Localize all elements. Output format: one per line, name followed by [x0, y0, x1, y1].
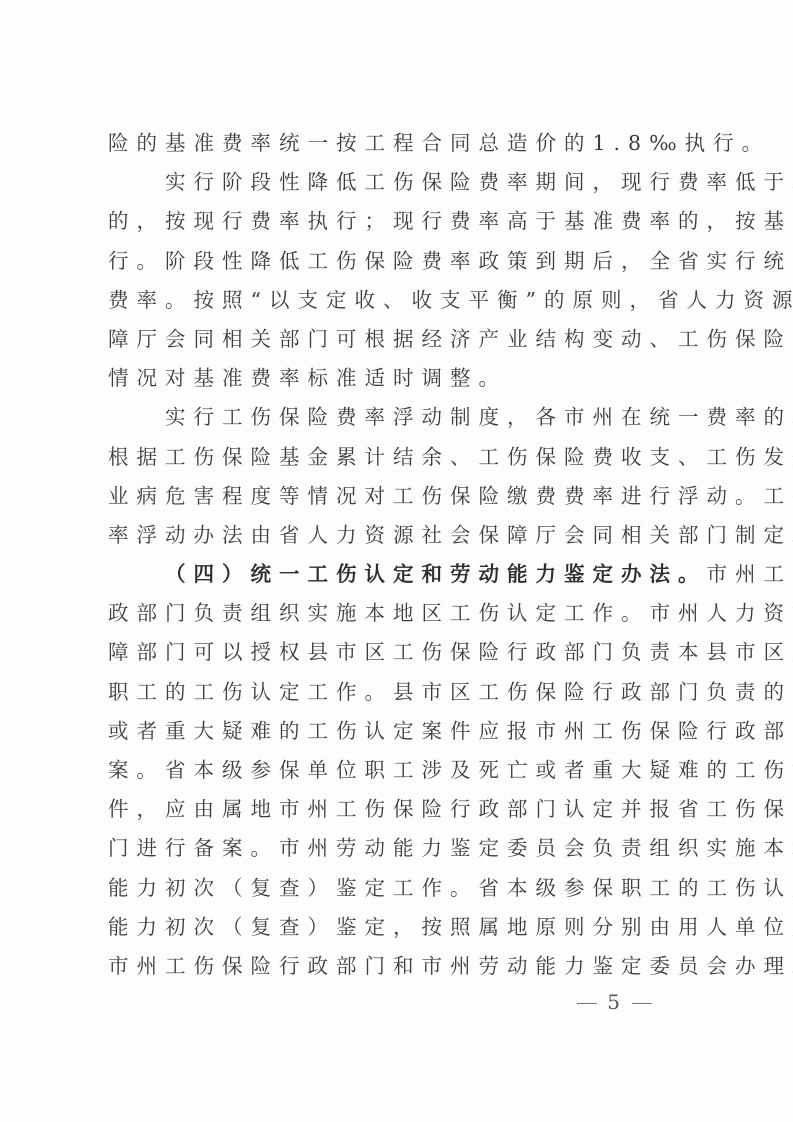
- paragraph-start-line: 实行工伤保险费率浮动制度，各市州在统一费率的基础上可: [108, 398, 688, 437]
- text-line: 政部门负责组织实施本地区工伤认定工作。市州人力资源社会保: [108, 594, 688, 633]
- line-text: 市州工伤保险行: [707, 562, 793, 586]
- line-text: 实行阶段性降低工伤保险费率期间，现行费率低于基准费率: [165, 170, 793, 194]
- line-text: 障部门可以授权县市区工伤保险行政部门负责本县市区用人单位: [108, 640, 793, 664]
- page-number-dash-right: [632, 1003, 652, 1005]
- line-text: 业病危害程度等情况对工伤保险缴费费率进行浮动。工伤保险费: [108, 484, 793, 508]
- page-number-value: 5: [607, 990, 622, 1014]
- text-line: 障部门可以授权县市区工伤保险行政部门负责本县市区用人单位: [108, 633, 688, 672]
- page-number-dash-left: [577, 1003, 597, 1005]
- text-line: 件，应由属地市州工伤保险行政部门认定并报省工伤保险行政部: [108, 790, 688, 829]
- page-number: 5: [0, 990, 662, 1014]
- section-heading: （四）统一工伤认定和劳动能力鉴定办法。: [165, 562, 707, 586]
- line-text: 率浮动办法由省人力资源社会保障厅会同相关部门制定。: [108, 523, 793, 547]
- text-line: 门进行备案。市州劳动能力鉴定委员会负责组织实施本地区劳动: [108, 829, 688, 868]
- line-text: 能力初次（复查）鉴定工作。省本级参保职工的工伤认定和劳动: [108, 876, 793, 900]
- line-text: 障厅会同相关部门可根据经济产业结构变动、工伤保险费使用等: [108, 327, 793, 351]
- text-line: 或者重大疑难的工伤认定案件应报市州工伤保险行政部门进行备: [108, 712, 688, 751]
- text-line: 职工的工伤认定工作。县市区工伤保险行政部门负责的涉及死亡: [108, 673, 688, 712]
- text-line: 险的基准费率统一按工程合同总造价的1.8‰执行。: [108, 124, 688, 163]
- document-page: 险的基准费率统一按工程合同总造价的1.8‰执行。 实行阶段性降低工伤保险费率期间…: [0, 0, 793, 1122]
- line-text: 案。省本级参保单位职工涉及死亡或者重大疑难的工伤认定案: [108, 758, 793, 782]
- line-text: 行。阶段性降低工伤保险费率政策到期后，全省实行统一的基准: [108, 249, 793, 273]
- line-text: 市州工伤保险行政部门和市州劳动能力鉴定委员会办理。省劳动: [108, 954, 793, 978]
- line-text: 险的基准费率统一按工程合同总造价的1.8‰执行。: [108, 131, 770, 155]
- document-body: 险的基准费率统一按工程合同总造价的1.8‰执行。 实行阶段性降低工伤保险费率期间…: [108, 124, 688, 986]
- line-text: 实行工伤保险费率浮动制度，各市州在统一费率的基础上可: [165, 405, 793, 429]
- text-line: 业病危害程度等情况对工伤保险缴费费率进行浮动。工伤保险费: [108, 477, 688, 516]
- line-text: 政部门负责组织实施本地区工伤认定工作。市州人力资源社会保: [108, 601, 793, 625]
- text-line: 案。省本级参保单位职工涉及死亡或者重大疑难的工伤认定案: [108, 751, 688, 790]
- text-line: 费率。按照“以支定收、收支平衡”的原则，省人力资源社会保: [108, 281, 688, 320]
- text-line: 障厅会同相关部门可根据经济产业结构变动、工伤保险费使用等: [108, 320, 688, 359]
- line-text: 门进行备案。市州劳动能力鉴定委员会负责组织实施本地区劳动: [108, 836, 793, 860]
- text-line: 能力初次（复查）鉴定工作。省本级参保职工的工伤认定和劳动: [108, 869, 688, 908]
- line-text: 职工的工伤认定工作。县市区工伤保险行政部门负责的涉及死亡: [108, 680, 793, 704]
- paragraph-start-line: 实行阶段性降低工伤保险费率期间，现行费率低于基准费率: [108, 163, 688, 202]
- text-line: 行。阶段性降低工伤保险费率政策到期后，全省实行统一的基准: [108, 242, 688, 281]
- line-text: 或者重大疑难的工伤认定案件应报市州工伤保险行政部门进行备: [108, 719, 793, 743]
- line-text: 件，应由属地市州工伤保险行政部门认定并报省工伤保险行政部: [108, 797, 793, 821]
- text-line: 根据工伤保险基金累计结余、工伤保险费收支、工伤发生率、职: [108, 438, 688, 477]
- line-text: 根据工伤保险基金累计结余、工伤保险费收支、工伤发生率、职: [108, 445, 793, 469]
- text-line: 率浮动办法由省人力资源社会保障厅会同相关部门制定。: [108, 516, 688, 555]
- text-line: 情况对基准费率标准适时调整。: [108, 359, 688, 398]
- text-line: 市州工伤保险行政部门和市州劳动能力鉴定委员会办理。省劳动: [108, 947, 688, 986]
- line-text: 能力初次（复查）鉴定，按照属地原则分别由用人单位所在地的: [108, 915, 793, 939]
- line-text: 情况对基准费率标准适时调整。: [108, 366, 507, 390]
- section-heading-line: （四）统一工伤认定和劳动能力鉴定办法。市州工伤保险行: [108, 555, 688, 594]
- line-text: 的，按现行费率执行；现行费率高于基准费率的，按基准费率执: [108, 209, 793, 233]
- text-line: 的，按现行费率执行；现行费率高于基准费率的，按基准费率执: [108, 202, 688, 241]
- text-line: 能力初次（复查）鉴定，按照属地原则分别由用人单位所在地的: [108, 908, 688, 947]
- line-text: 费率。按照“以支定收、收支平衡”的原则，省人力资源社会保: [108, 288, 793, 312]
